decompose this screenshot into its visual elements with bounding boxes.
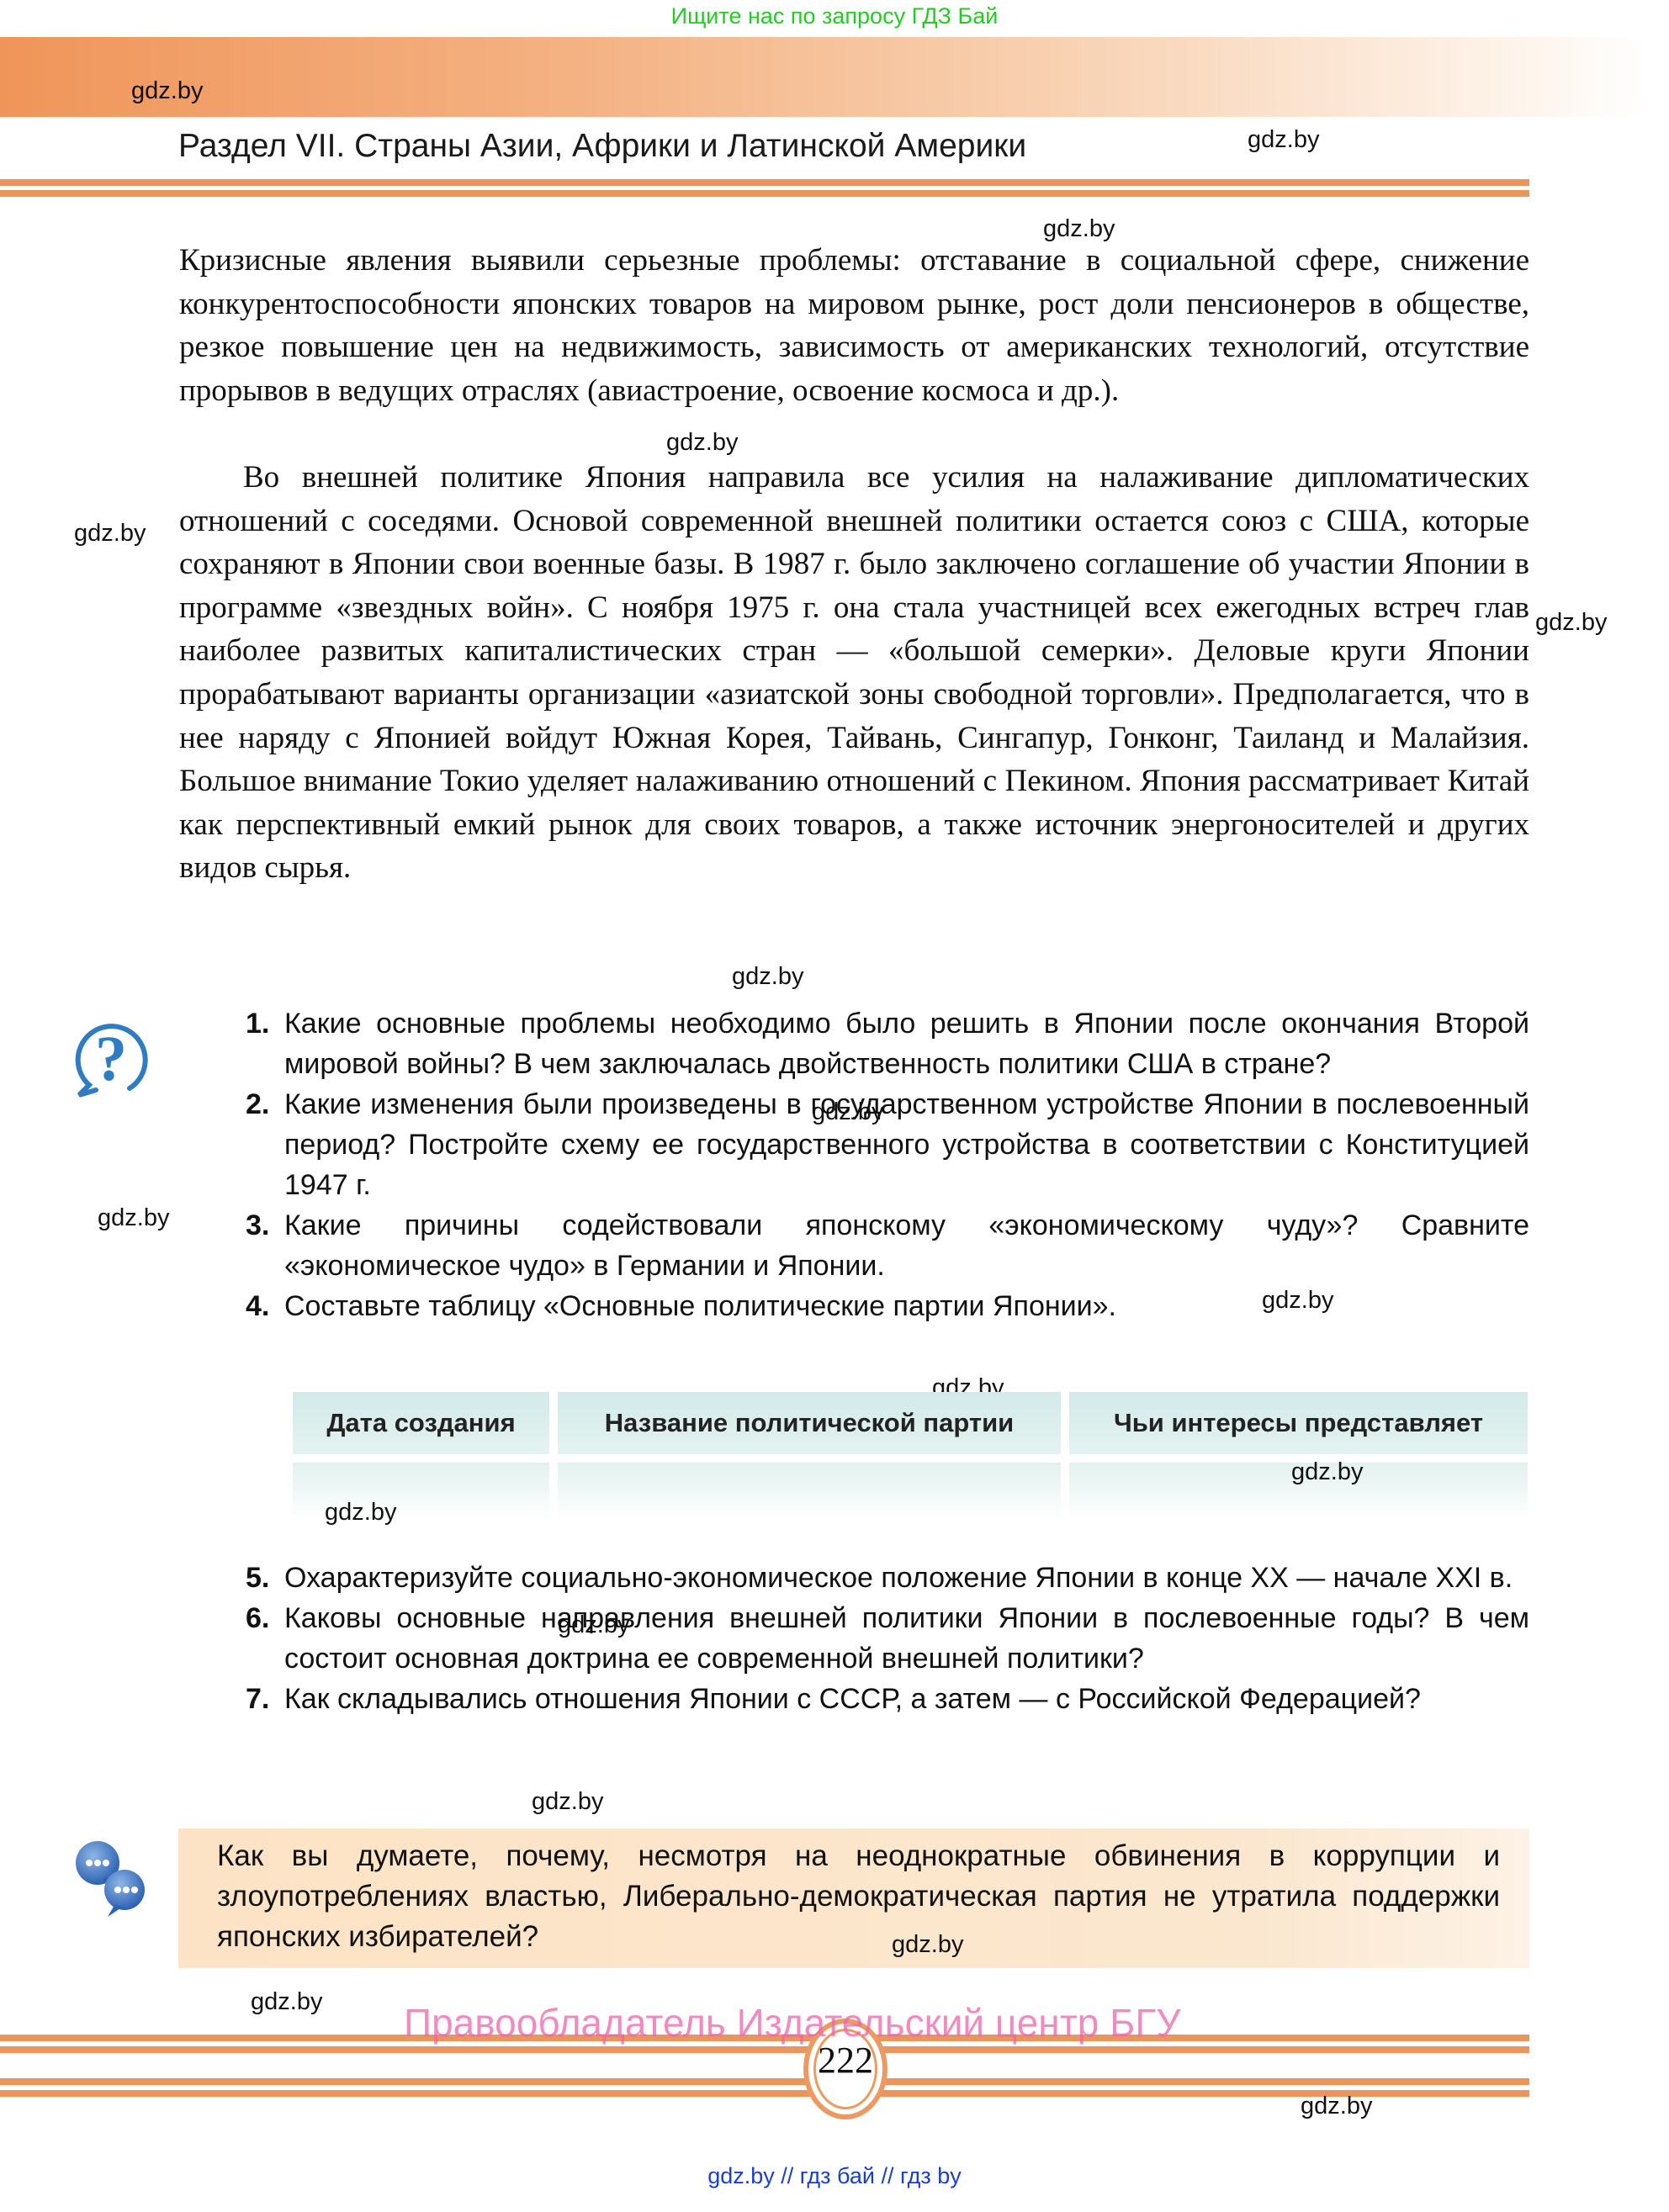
watermark: gdz.by <box>1291 1458 1363 1486</box>
header-band <box>0 37 1649 117</box>
question-bubble-icon: ? <box>71 1018 151 1098</box>
watermark: gdz.by <box>325 1499 396 1527</box>
table-header: Название политической партии <box>558 1392 1061 1454</box>
question-item: 7.Как складывались отношения Японии с СС… <box>246 1679 1529 1719</box>
watermark: gdz.by <box>532 1788 603 1816</box>
footer-line <box>0 2078 1529 2085</box>
body-paragraph: Во внешней политике Япония направила все… <box>179 456 1529 890</box>
watermark: gdz.by <box>131 77 203 105</box>
watermark: gdz.by <box>98 1204 169 1232</box>
question-item: 4.Составьте таблицу «Основные политическ… <box>246 1286 1529 1326</box>
watermark: gdz.by <box>1262 1287 1333 1315</box>
watermark: gdz.by <box>666 429 738 457</box>
watermark: gdz.by <box>1248 126 1319 154</box>
chat-bubbles-icon <box>69 1836 153 1920</box>
watermark: gdz.by <box>558 1611 629 1639</box>
divider-line <box>0 190 1529 197</box>
table-header: Дата создания <box>293 1392 549 1454</box>
question-item: 1.Какие основные проблемы необходимо был… <box>246 1003 1529 1084</box>
question-item: 3.Какие причины содействовали японскому … <box>246 1205 1529 1286</box>
parties-table: Дата создания Название политической парт… <box>293 1392 1528 1520</box>
discussion-question: Как вы думаете, почему, несмотря на неод… <box>217 1836 1500 1957</box>
rights-holder: Правообладатель Издательский центр БГУ <box>404 2000 1180 2045</box>
watermark: gdz.by <box>892 1931 963 1959</box>
watermark: gdz.by <box>732 963 803 991</box>
table-cell <box>558 1463 1061 1520</box>
questions-list: 1.Какие основные проблемы необходимо был… <box>246 1003 1529 1326</box>
questions-list: 5.Охарактеризуйте социально-экономическо… <box>246 1558 1529 1719</box>
body-paragraph: Кризисные явления выявили серьезные проб… <box>179 239 1529 412</box>
question-item: 6.Каковы основные направления внешней по… <box>246 1598 1529 1679</box>
watermark: gdz.by <box>1301 2093 1372 2120</box>
bottom-links[interactable]: gdz.by // гдз бай // гдз by <box>0 2163 1669 2189</box>
question-item: 2.Какие изменения были произведены в гос… <box>246 1084 1529 1205</box>
watermark: gdz.by <box>74 520 146 548</box>
question-item: 5.Охарактеризуйте социально-экономическо… <box>246 1558 1529 1598</box>
top-banner: Ищите нас по запросу ГДЗ Бай <box>0 3 1669 29</box>
watermark: gdz.by <box>251 1988 322 2016</box>
watermark: gdz.by <box>812 1098 883 1126</box>
table-header: Чьи интересы представляет <box>1069 1392 1528 1454</box>
watermark: gdz.by <box>1535 609 1607 637</box>
svg-text:?: ? <box>95 1024 127 1094</box>
footer-line <box>0 2046 1529 2053</box>
section-title: Раздел VII. Страны Азии, Африки и Латинс… <box>178 128 1026 165</box>
divider-line <box>0 179 1529 186</box>
